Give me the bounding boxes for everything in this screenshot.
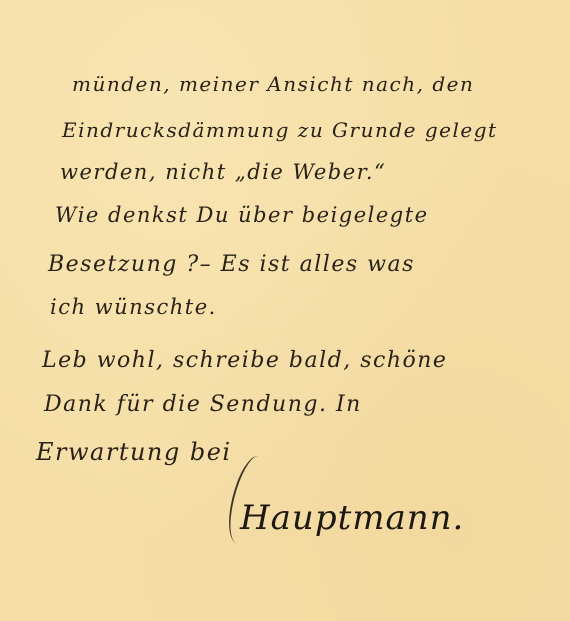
letter-line-7: Leb wohl, schreibe bald, schöne <box>42 348 447 373</box>
letter-line-4: Wie denkst Du über beigelegte <box>55 203 429 227</box>
letter-line-1: münden, meiner Ansicht nach, den <box>72 72 474 96</box>
letter-page: münden, meiner Ansicht nach, den Eindruc… <box>0 0 570 621</box>
letter-line-9: Erwartung bei <box>36 438 232 466</box>
signature: Hauptmann. <box>240 498 464 538</box>
letter-line-8: Dank für die Sendung. In <box>44 392 362 417</box>
letter-line-5: Besetzung ?– Es ist alles was <box>48 252 415 277</box>
letter-line-3: werden, nicht „die Weber.“ <box>60 160 386 184</box>
letter-line-6: ich wünschte. <box>50 295 217 319</box>
letter-line-2: Eindrucksdämmung zu Grunde gelegt <box>62 118 498 142</box>
